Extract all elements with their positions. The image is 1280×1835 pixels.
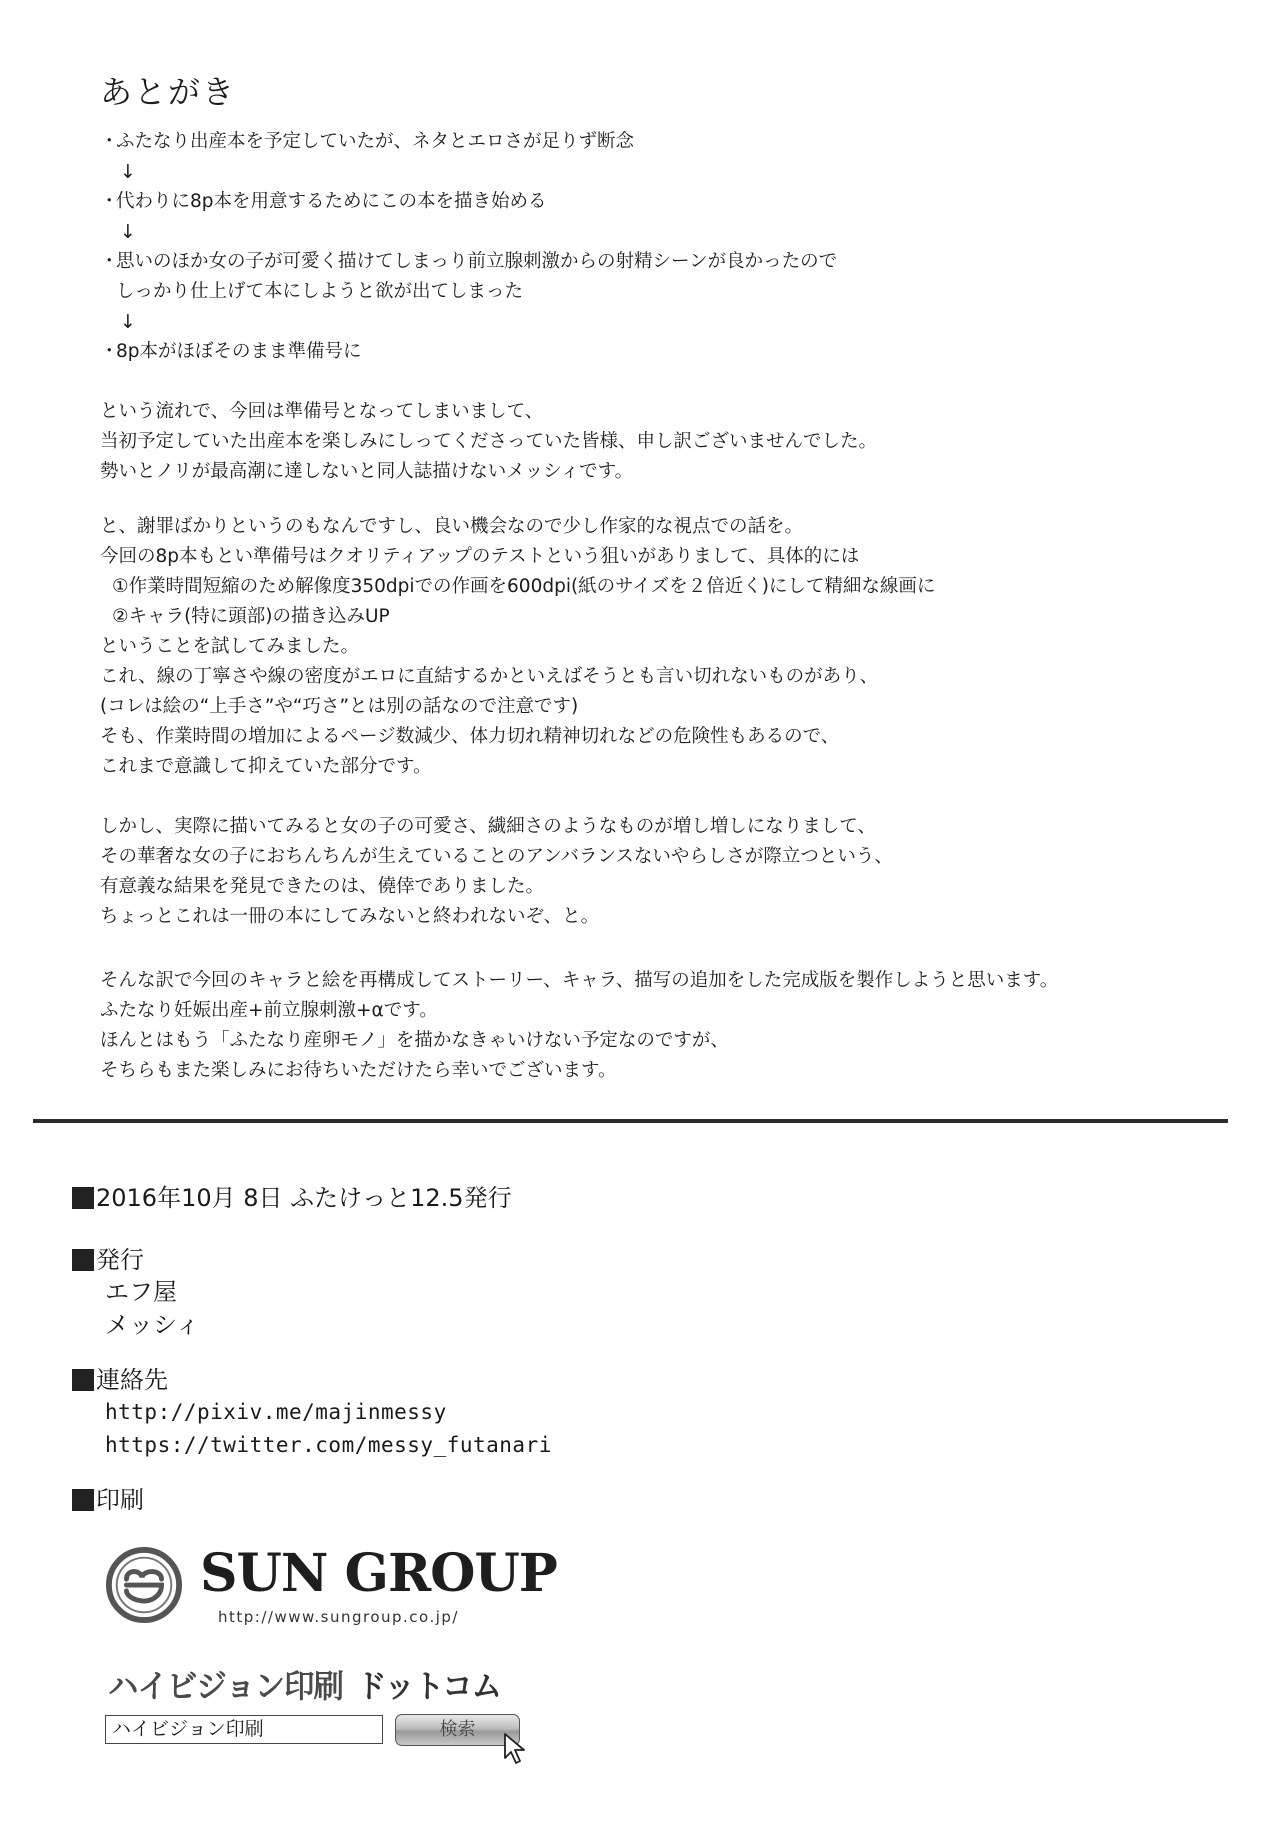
search-input[interactable]: ハイビジョン印刷 [105, 1715, 383, 1744]
sungroup-url[interactable]: http://www.sungroup.co.jp/ [218, 1608, 459, 1626]
colophon-publisher: 発行 エフ屋 メッシィ [72, 1244, 200, 1342]
bullet-icon: ・ [100, 337, 116, 367]
flow-item: ・思いのほか女の子が可愛く描けてしまっり前立腺刺激からの射精シーンが良かったので [100, 247, 1200, 277]
paragraph-line: 今回の8p本もとい準備号はクオリティアップのテストという狙いがありまして、具体的… [100, 542, 1220, 572]
pixiv-link[interactable]: http://pixiv.me/majinmessy [72, 1396, 552, 1429]
bullet-icon: ・ [100, 127, 116, 157]
numbered-item-1: ①作業時間短縮のため解像度350dpiでの作画を600dpi(紙のサイズを２倍近… [100, 572, 1220, 602]
paragraph-line: そんな訳で今回のキャラと絵を再構成してストーリー、キャラ、描写の追加をした完成版… [100, 966, 1220, 996]
down-arrow-icon: ↓ [100, 217, 1200, 247]
paragraph-line: と、謝罪ばかりというのもなんですし、良い機会なので少し作家的な視点での話を。 [100, 512, 1220, 542]
twitter-link[interactable]: https://twitter.com/messy_futanari [72, 1429, 552, 1462]
square-bullet-icon [72, 1187, 94, 1209]
flow-item-text: ふたなり出産本を予定していたが、ネタとエロさが足りず断念 [116, 131, 634, 152]
down-arrow-icon: ↓ [100, 157, 1200, 187]
paragraph-apology: という流れで、今回は準備号となってしまいまして、 当初予定していた出産本を楽しみ… [100, 397, 1220, 487]
flow-item: ・8p本がほぼそのまま準備号に [100, 337, 1200, 367]
sungroup-logo: SUN GROUP http://www.sungroup.co.jp/ [105, 1540, 545, 1635]
numbered-item-2: ②キャラ(特に頭部)の描き込みUP [100, 602, 1220, 632]
paragraph-line: という流れで、今回は準備号となってしまいまして、 [100, 397, 1220, 427]
issue-date-text: 2016年10月 8日 ふたけっと12.5発行 [96, 1184, 512, 1212]
colophon-printing: 印刷 [72, 1484, 144, 1516]
search-button[interactable]: 検索 [395, 1714, 520, 1746]
afterword-title: あとがき [100, 72, 236, 112]
down-arrow-icon: ↓ [100, 307, 1200, 337]
sungroup-wordmark: SUN GROUP [200, 1544, 557, 1604]
flow-list: ・ふたなり出産本を予定していたが、ネタとエロさが足りず断念 ↓ ・代わりに8p本… [100, 127, 1200, 367]
hivision-site-title: ハイビジョン印刷ドットコム [108, 1666, 501, 1706]
section-divider [33, 1119, 1228, 1123]
hivision-title-dotcom: ドットコム [356, 1667, 501, 1705]
flow-item: ・代わりに8p本を用意するためにこの本を描き始める [100, 187, 1200, 217]
flow-item: ・ふたなり出産本を予定していたが、ネタとエロさが足りず断念 [100, 127, 1200, 157]
flow-item-text: 8p本がほぼそのまま準備号に [116, 341, 362, 362]
sungroup-emblem-icon [105, 1546, 183, 1624]
paragraph-line: しかし、実際に描いてみると女の子の可愛さ、繊細さのようなものが増し増しになりまし… [100, 812, 1220, 842]
flow-item-text: 思いのほか女の子が可愛く描けてしまっり前立腺刺激からの射精シーンが良かったので [116, 251, 837, 272]
paragraph-next-plan: そんな訳で今回のキャラと絵を再構成してストーリー、キャラ、描写の追加をした完成版… [100, 966, 1220, 1086]
paragraph-line: これまで意識して抑えていた部分です。 [100, 752, 1220, 782]
colophon-contact: 連絡先 http://pixiv.me/majinmessy https://t… [72, 1364, 552, 1462]
paragraph-line: ということを試してみました。 [100, 632, 1220, 662]
flow-item-text: 代わりに8p本を用意するためにこの本を描き始める [116, 191, 547, 212]
publisher-author: メッシィ [72, 1309, 200, 1342]
hivision-title-main: ハイビジョン印刷 [108, 1667, 343, 1705]
paragraph-line: これ、線の丁寧さや線の密度がエロに直結するかといえばそうとも言い切れないものがあ… [100, 662, 1220, 692]
paragraph-line: ふたなり妊娠出産+前立腺刺激+αです。 [100, 996, 1220, 1026]
paragraph-line: 当初予定していた出産本を楽しみにしってくださっていた皆様、申し訳ございませんでし… [100, 427, 1220, 457]
contact-heading: 連絡先 [96, 1366, 168, 1394]
paragraph-line: そも、作業時間の増加によるページ数減少、体力切れ精神切れなどの危険性もあるので、 [100, 722, 1220, 752]
mouse-pointer-icon [503, 1732, 529, 1766]
paragraph-line: そちらもまた楽しみにお待ちいただけたら幸いでございます。 [100, 1056, 1220, 1086]
printing-heading: 印刷 [96, 1486, 144, 1514]
bullet-icon: ・ [100, 187, 116, 217]
paragraph-result: しかし、実際に描いてみると女の子の可愛さ、繊細さのようなものが増し増しになりまし… [100, 812, 1220, 932]
square-bullet-icon [72, 1489, 94, 1511]
colophon-issue: 2016年10月 8日 ふたけっと12.5発行 [72, 1182, 512, 1214]
paragraph-quality-test: と、謝罪ばかりというのもなんですし、良い機会なので少し作家的な視点での話を。 今… [100, 512, 1220, 782]
paragraph-line: 勢いとノリが最高潮に達しないと同人誌描けないメッシィです。 [100, 457, 1220, 487]
paragraph-line: (コレは絵の“上手さ”や“巧さ”とは別の話なので注意です) [100, 692, 1220, 722]
paragraph-line: ほんとはもう「ふたなり産卵モノ」を描かなきゃいけない予定なのですが、 [100, 1026, 1220, 1056]
flow-item-continuation: しっかり仕上げて本にしようと欲が出てしまった [100, 277, 1200, 307]
paragraph-line: その華奢な女の子におちんちんが生えていることのアンバランスないやらしさが際立つと… [100, 842, 1220, 872]
paragraph-line: 有意義な結果を発見できたのは、僥倖でありました。 [100, 872, 1220, 902]
bullet-icon: ・ [100, 247, 116, 277]
square-bullet-icon [72, 1369, 94, 1391]
square-bullet-icon [72, 1249, 94, 1271]
paragraph-line: ちょっとこれは一冊の本にしてみないと終われないぞ、と。 [100, 902, 1220, 932]
publisher-heading: 発行 [96, 1246, 144, 1274]
publisher-circle: エフ屋 [72, 1276, 200, 1309]
